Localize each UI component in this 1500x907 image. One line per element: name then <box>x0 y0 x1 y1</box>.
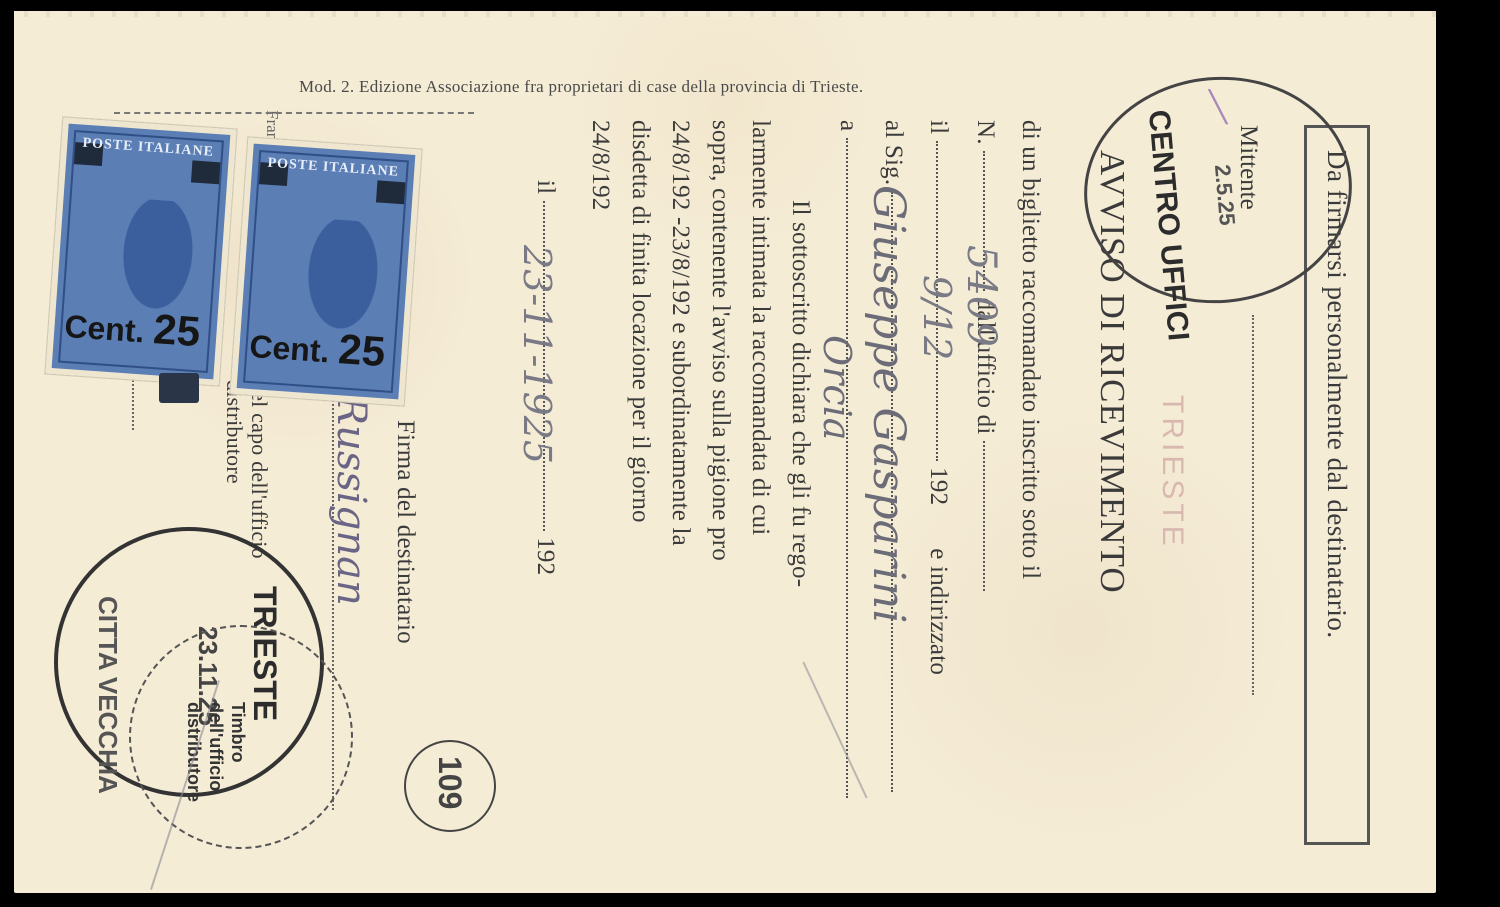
year-label: 192 <box>925 467 952 505</box>
handwritten-signature-date: 23-11-1925 <box>515 245 559 464</box>
stamp-box-top <box>114 112 474 114</box>
handwritten-number: 5409 <box>958 245 1004 347</box>
distributor-caption: distributore <box>221 380 247 484</box>
form-line-place: a <box>834 120 862 798</box>
number-label: N. <box>972 120 999 145</box>
handwritten-date: 9/12 <box>915 275 959 360</box>
handwritten-addressee: Giuseppe Gasparini <box>863 185 914 623</box>
place-field[interactable] <box>846 138 848 798</box>
addressee-label: al Sig. <box>880 120 907 185</box>
number-circle-text: 109 <box>431 756 468 809</box>
form-line-number: N. dall'ufficio di <box>971 120 999 591</box>
sender-dotted-line <box>1252 315 1254 695</box>
stamp-surcharge: Cent. 25 <box>248 319 387 376</box>
stamp-fragment <box>159 373 199 403</box>
postage-stamp-2: POSTE ITALIANE Cent. 25 <box>230 137 422 406</box>
signature-year-label: 192 <box>532 537 559 575</box>
declaration-line-6: 24/8/192 <box>586 120 614 211</box>
faded-trieste-stamp: TRIESTE <box>1155 395 1189 550</box>
declaration-line-2: larmente intimata la raccomandata di cui <box>746 120 774 535</box>
declaration-line-5: disdetta di finita locazione per il gior… <box>626 120 654 523</box>
signature-date-label: il <box>532 180 559 194</box>
postal-card: Mod. 2. Edizione Associazione fra propri… <box>14 15 1436 893</box>
postmark-trieste-outer: CITTA VECCHIA <box>92 596 123 794</box>
date-label: il <box>925 120 952 134</box>
form-header-line: Mod. 2. Edizione Associazione fra propri… <box>299 77 863 97</box>
declaration-line-4: 24/8/192 -23/8/192 e subordinatamente la <box>666 120 694 546</box>
recipient-signature-label: Firma del destinatario <box>391 420 419 644</box>
stamp-surcharge: Cent. 25 <box>63 299 202 356</box>
form-line-1: di un biglietto raccomandato inscritto s… <box>1016 120 1044 579</box>
postmark-centro-text: CENTRO UFFICI <box>1141 108 1195 342</box>
place-label: a <box>835 120 862 131</box>
declaration-line-3: sopra, contenente l'avviso sulla pigione… <box>706 120 734 561</box>
office-field[interactable] <box>983 441 985 591</box>
postmark-centro-date: 2.5.25 <box>1209 163 1240 226</box>
office-head-caption: del capo dell'ufficio <box>246 380 272 559</box>
declaration-line-1: Il sottoscritto dichiara che gli fu rego… <box>786 200 814 587</box>
distributor-stamp-caption: Timbro dell'ufficio distributore <box>183 702 249 792</box>
number-circle: 109 <box>404 740 496 832</box>
handwritten-signature: Russignan <box>328 395 374 606</box>
form-line-date: il 192 e indirizzato <box>924 120 952 675</box>
handwritten-place: Orcia <box>815 335 859 440</box>
distributor-stamp-circle: Timbro dell'ufficio distributore <box>129 625 353 849</box>
postage-stamp-1: POSTE ITALIANE Cent. 25 <box>45 117 237 386</box>
addressed-label: e indirizzato <box>925 548 952 675</box>
